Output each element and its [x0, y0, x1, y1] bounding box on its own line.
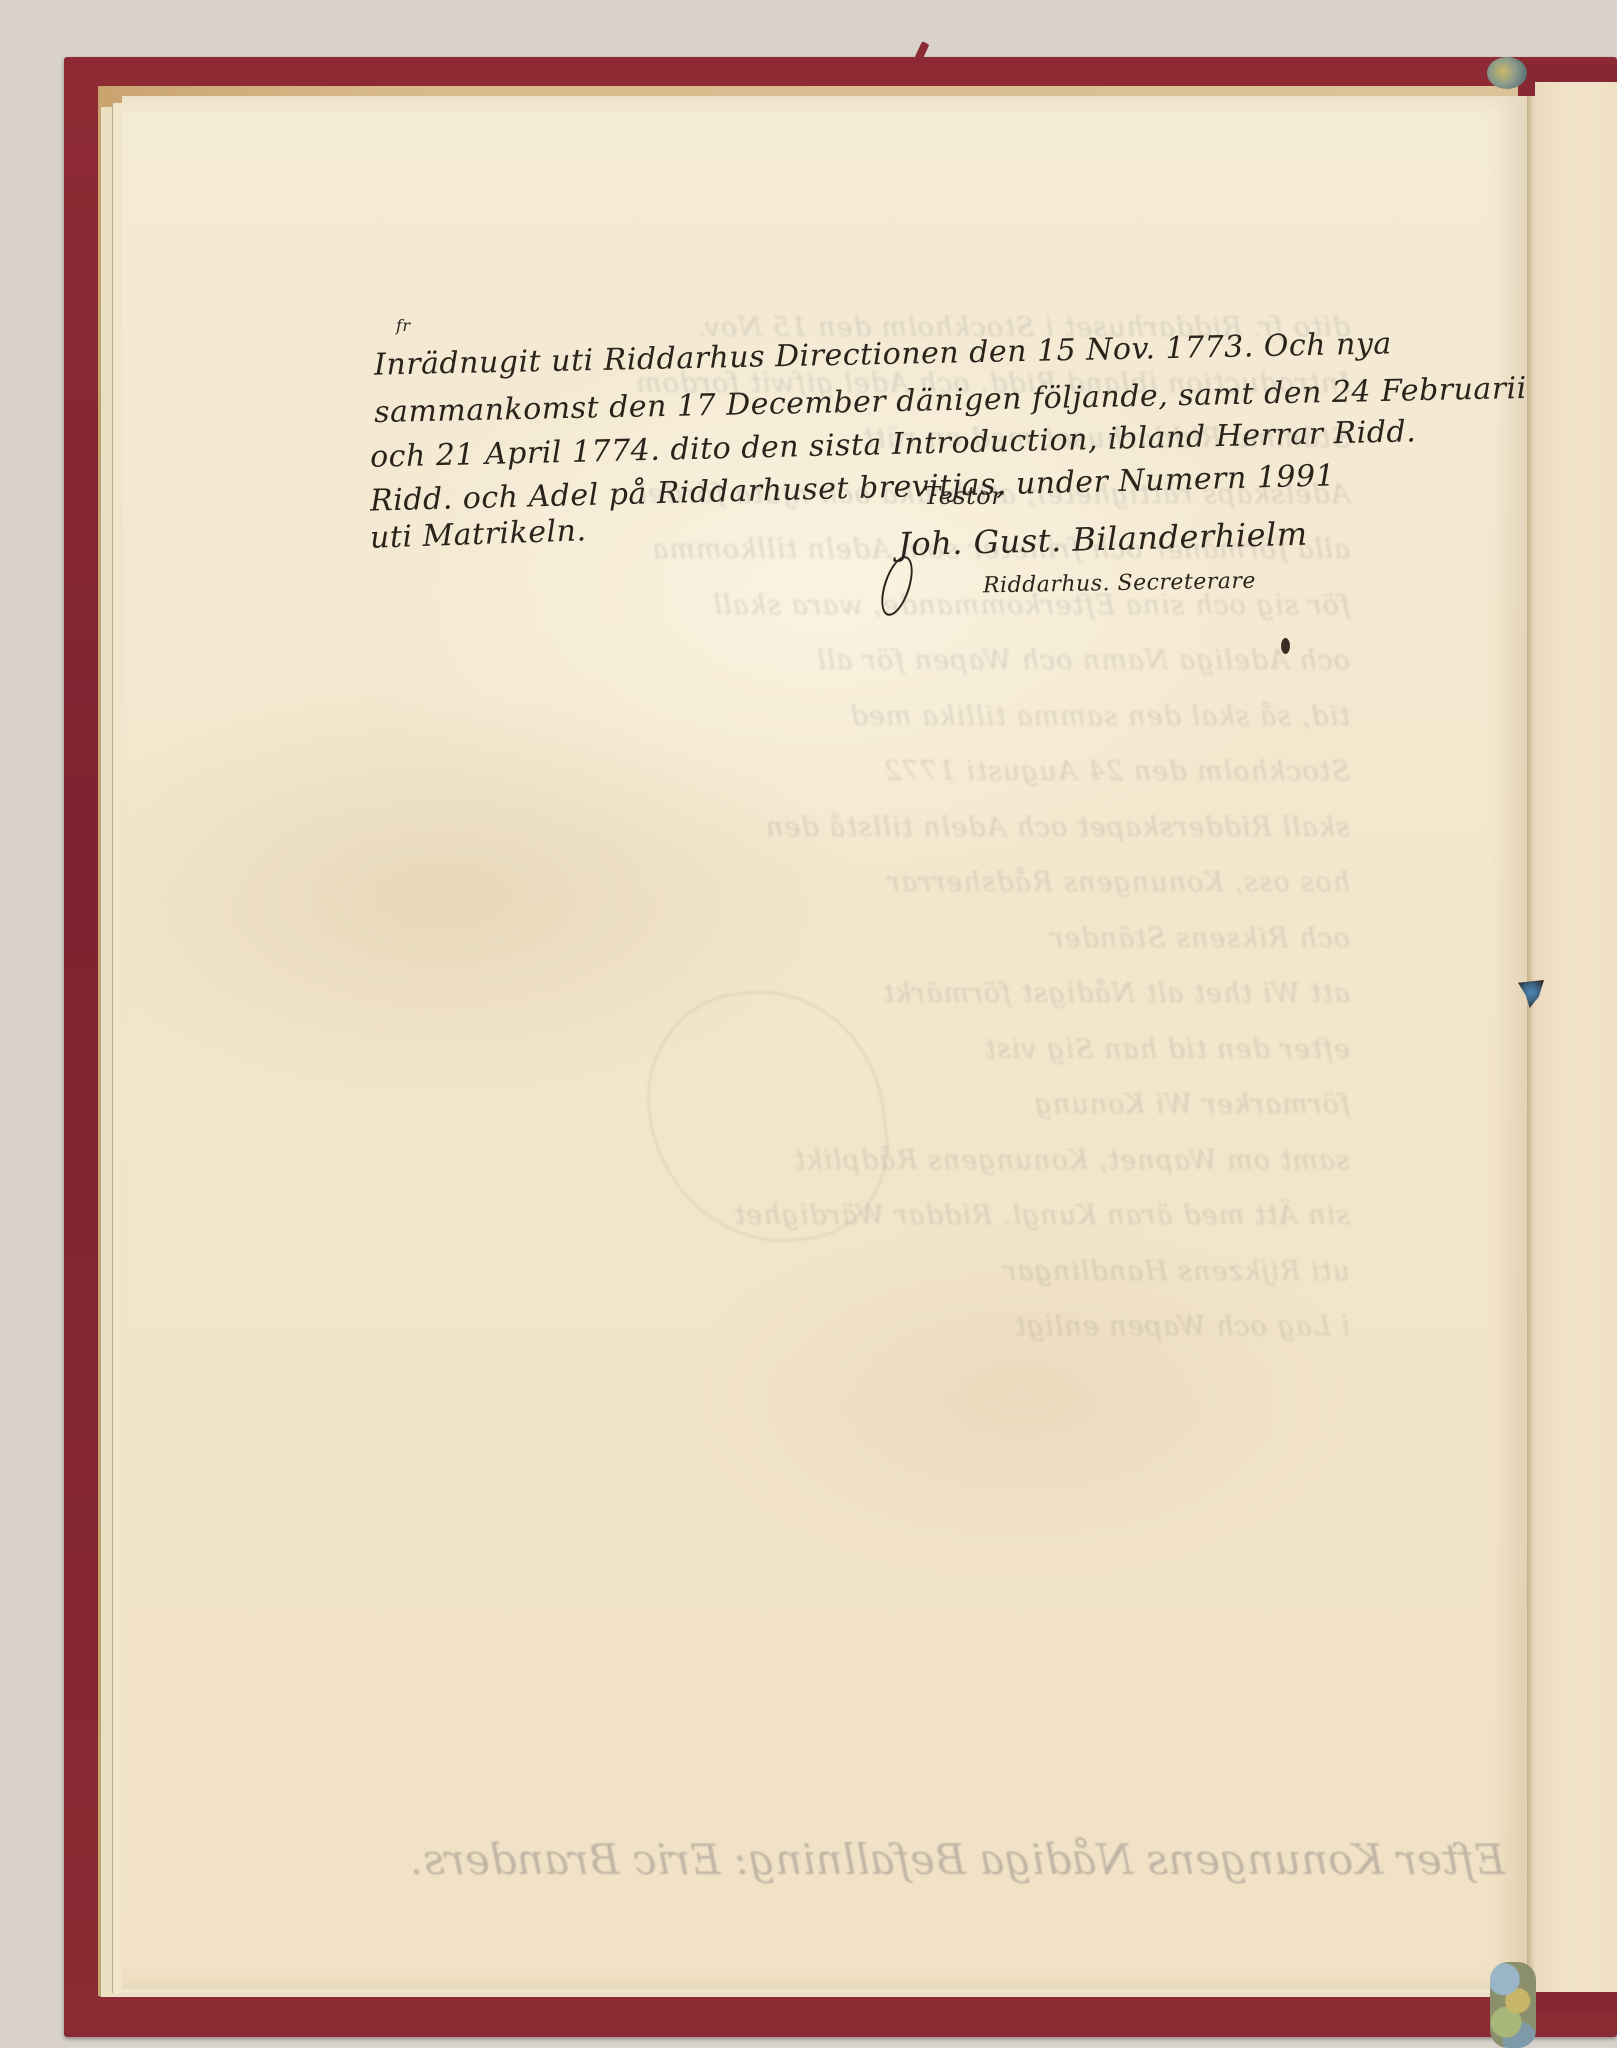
signature: Joh. Gust. Bilanderhielm — [898, 518, 1308, 561]
binding-cord-top — [1487, 57, 1527, 89]
attestation-testor: Testor — [924, 484, 1003, 508]
book-gutter — [1527, 96, 1535, 1989]
bleed-through-closing: Efter Konungens Nådiga Befallning: Eric … — [410, 1835, 1505, 1884]
ink-blot — [1281, 638, 1290, 654]
signatory-title: Riddarhus. Secreterare — [983, 571, 1256, 598]
facing-page-edge — [1535, 82, 1617, 1992]
handwritten-superscript: fr — [396, 318, 411, 334]
binding-cord-tassel — [1490, 1962, 1536, 2048]
handwritten-line-5: uti Matrikeln. — [370, 516, 587, 554]
